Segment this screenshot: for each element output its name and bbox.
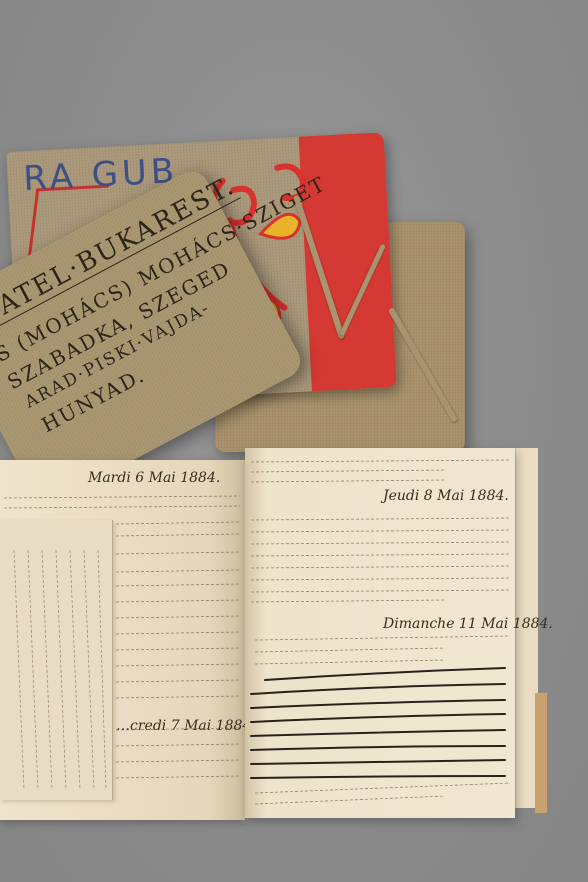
- handwriting-lines: [245, 448, 515, 818]
- page-tab: [535, 693, 547, 813]
- journal-left-page: Mardi 6 Mai 1884. …credi 7 Mai 1884.: [0, 460, 245, 820]
- open-handwritten-journal: Mardi 6 Mai 1884. …credi 7 Mai 1884.: [0, 448, 545, 826]
- entry-heading-mardi: Mardi 6 Mai 1884.: [88, 470, 220, 486]
- handwriting-lines: [0, 490, 245, 820]
- journal-right-page: Jeudi 8 Mai 1884. Dimanche 11 Mai 1884.: [245, 448, 515, 818]
